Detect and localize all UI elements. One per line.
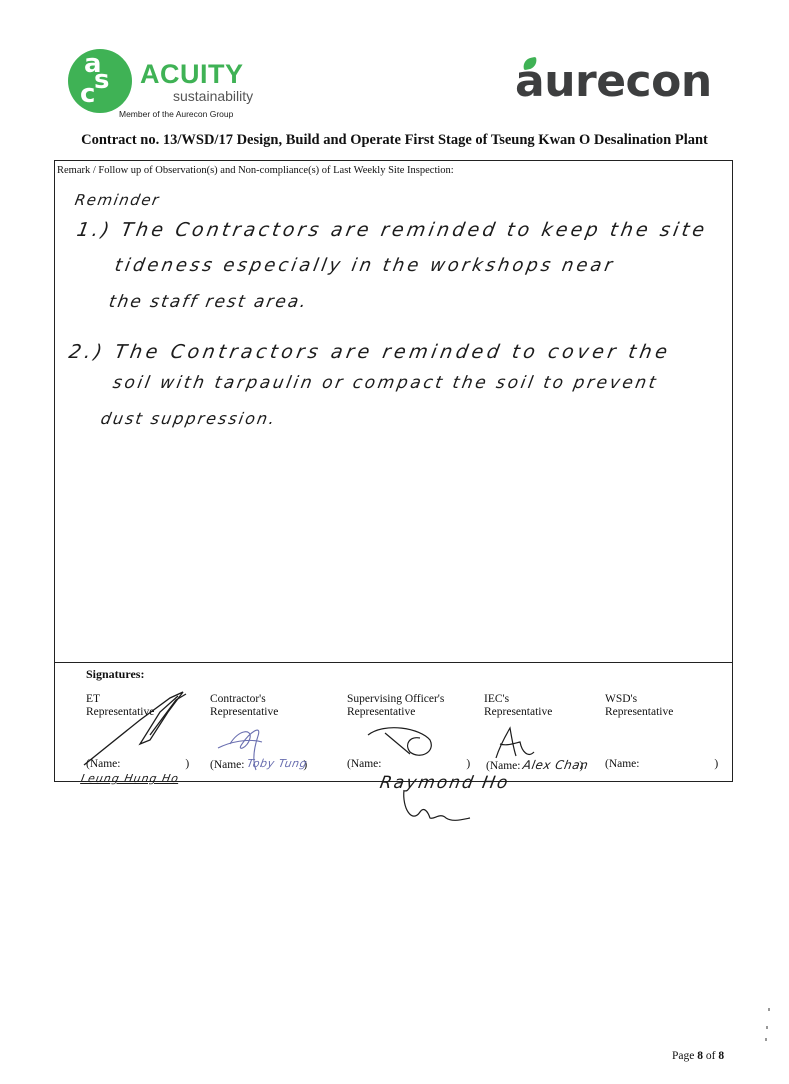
handwritten-line: the staff rest area. <box>107 292 309 312</box>
remark-label: Remark / Follow up of Observation(s) and… <box>57 165 454 176</box>
role-line: ET <box>86 693 154 706</box>
role-line: Representative <box>210 706 278 719</box>
acuity-tagline: sustainability <box>173 89 253 103</box>
section-divider <box>55 662 732 663</box>
contract-title: Contract no. 13/WSD/17 Design, Build and… <box>0 132 789 149</box>
aurecon-logo: aurecon <box>515 54 725 114</box>
signature-role-supervising-officer: Supervising Officer's Representative <box>347 693 444 719</box>
handwritten-line: 1.) The Contractors are reminded to keep… <box>75 219 709 241</box>
handwritten-line: soil with tarpaulin or compact the soil … <box>111 373 660 393</box>
mark-letter-s: s <box>94 67 109 93</box>
role-line: Representative <box>484 706 552 719</box>
acuity-name: ACUITY <box>140 61 244 88</box>
name-label: (Name: <box>210 759 244 771</box>
page-total: 8 <box>718 1050 724 1062</box>
name-field-contractor: (Name: Toby Tung) <box>210 758 307 771</box>
name-close: ) <box>466 758 470 770</box>
name-field-supervising-officer: (Name: ) <box>347 758 470 770</box>
aurecon-wordmark: aurecon <box>515 60 712 104</box>
signatures-title: Signatures: <box>86 667 144 682</box>
name-close: ) <box>185 758 189 770</box>
handwritten-heading: Reminder <box>73 191 161 209</box>
speck <box>766 1026 768 1029</box>
name-label: (Name: <box>347 758 381 770</box>
handwritten-name-et: Leung Hung Ho <box>80 772 180 785</box>
role-line: Supervising Officer's <box>347 693 444 706</box>
inspection-form: Remark / Follow up of Observation(s) and… <box>54 160 733 782</box>
role-line: IEC's <box>484 693 552 706</box>
page-prefix: Page <box>672 1050 697 1062</box>
name-field-et: (Name: ) <box>86 758 189 770</box>
name-close: ) <box>714 758 718 770</box>
acuity-mark-icon: a s c <box>68 49 132 113</box>
handwritten-line: dust suppression. <box>99 409 278 428</box>
acuity-logo: a s c ACUITY sustainability Member of th… <box>68 49 278 119</box>
signature-role-et: ET Representative <box>86 693 154 719</box>
role-line: WSD's <box>605 693 673 706</box>
mark-letter-c: c <box>80 81 95 107</box>
page-of: of <box>703 1050 718 1062</box>
name-label: (Name: <box>486 760 520 772</box>
name-field-iec: (Name: Alex Chan) <box>486 758 583 772</box>
signature-role-wsd: WSD's Representative <box>605 693 673 719</box>
acuity-member-line: Member of the Aurecon Group <box>119 109 233 119</box>
handwritten-name-supervising-officer: Raymond Ho <box>378 773 511 793</box>
signature-role-contractor: Contractor's Representative <box>210 693 278 719</box>
handwritten-name-contractor: Toby Tung <box>246 757 304 770</box>
role-line: Representative <box>605 706 673 719</box>
role-line: Representative <box>86 706 154 719</box>
page-number: Page 8 of 8 <box>672 1050 724 1062</box>
speck <box>768 1008 770 1011</box>
role-line: Representative <box>347 706 444 719</box>
role-line: Contractor's <box>210 693 278 706</box>
handwritten-name-iec: Alex Chan <box>522 758 580 772</box>
name-label: (Name: <box>605 758 639 770</box>
handwritten-line: tideness especially in the workshops nea… <box>113 255 617 276</box>
name-field-wsd: (Name: ) <box>605 758 718 770</box>
speck <box>765 1038 767 1041</box>
signature-role-iec: IEC's Representative <box>484 693 552 719</box>
name-label: (Name: <box>86 758 120 770</box>
handwritten-line: 2.) The Contractors are reminded to cove… <box>67 341 672 363</box>
